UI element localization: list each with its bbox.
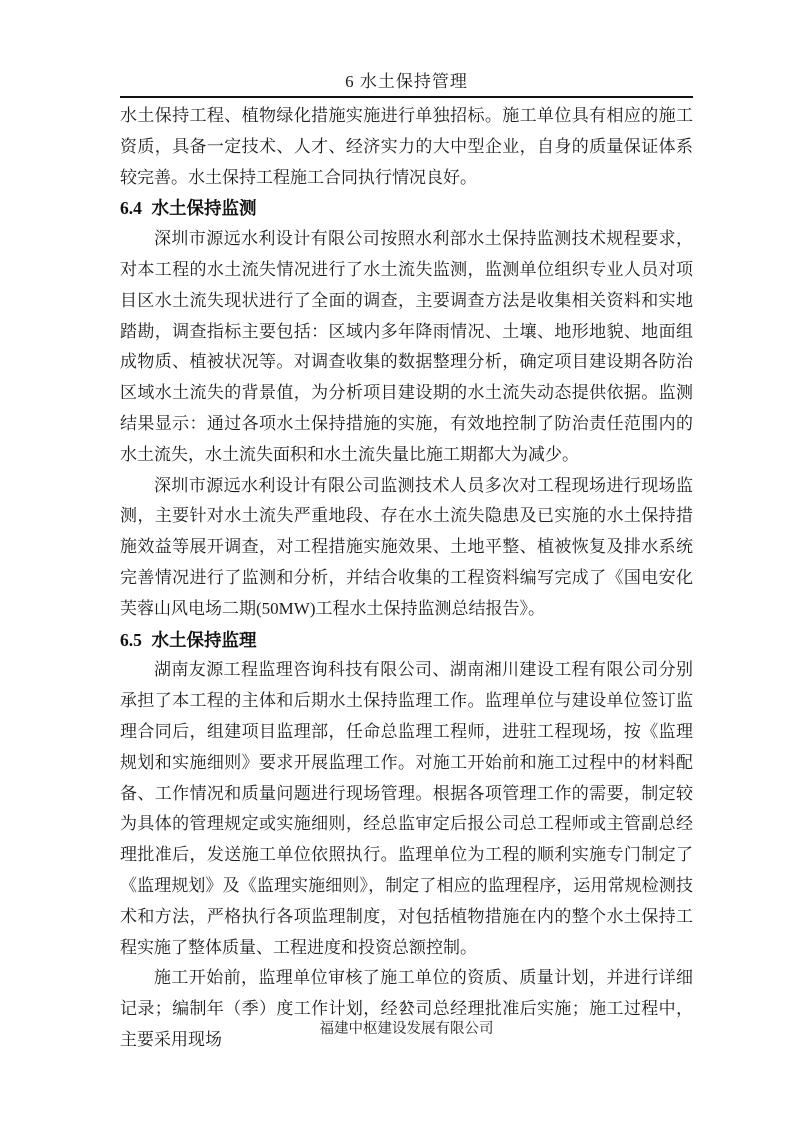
paragraph-contract-execution: 水土保持工程、植物绿化措施实施进行单独招标。施工单位具有相应的施工资质，具备一定… xyxy=(120,101,693,193)
page-header-title: 6 水土保持管理 xyxy=(120,70,693,94)
section-heading-6-4: 6.4水土保持监测 xyxy=(120,193,693,224)
footer-company-name: 福建中枢建设发展有限公司 xyxy=(120,1019,693,1039)
heading-number: 6.4 xyxy=(120,198,142,218)
header-rule xyxy=(120,96,693,98)
section-heading-6-5: 6.5水土保持监理 xyxy=(120,625,693,656)
heading-title: 水土保持监测 xyxy=(152,198,257,218)
paragraph-supervision-work: 湖南友源工程监理咨询科技有限公司、湖南湘川建设工程有限公司分别承担了本工程的主体… xyxy=(120,655,693,963)
heading-number: 6.5 xyxy=(120,630,142,650)
heading-title: 水土保持监理 xyxy=(152,630,257,650)
paragraph-monitoring-survey: 深圳市源远水利设计有限公司按照水利部水土保持监测技术规程要求，对本工程的水土流失… xyxy=(120,224,693,470)
document-page: 6 水土保持管理 水土保持工程、植物绿化措施实施进行单独招标。施工单位具有相应的… xyxy=(0,0,793,1122)
paragraph-monitoring-report: 深圳市源远水利设计有限公司监测技术人员多次对工程现场进行现场监测，主要针对水土流… xyxy=(120,471,693,625)
footer-page-number: 27 xyxy=(120,998,693,1016)
document-body: 水土保持工程、植物绿化措施实施进行单独招标。施工单位具有相应的施工资质，具备一定… xyxy=(120,101,693,1056)
